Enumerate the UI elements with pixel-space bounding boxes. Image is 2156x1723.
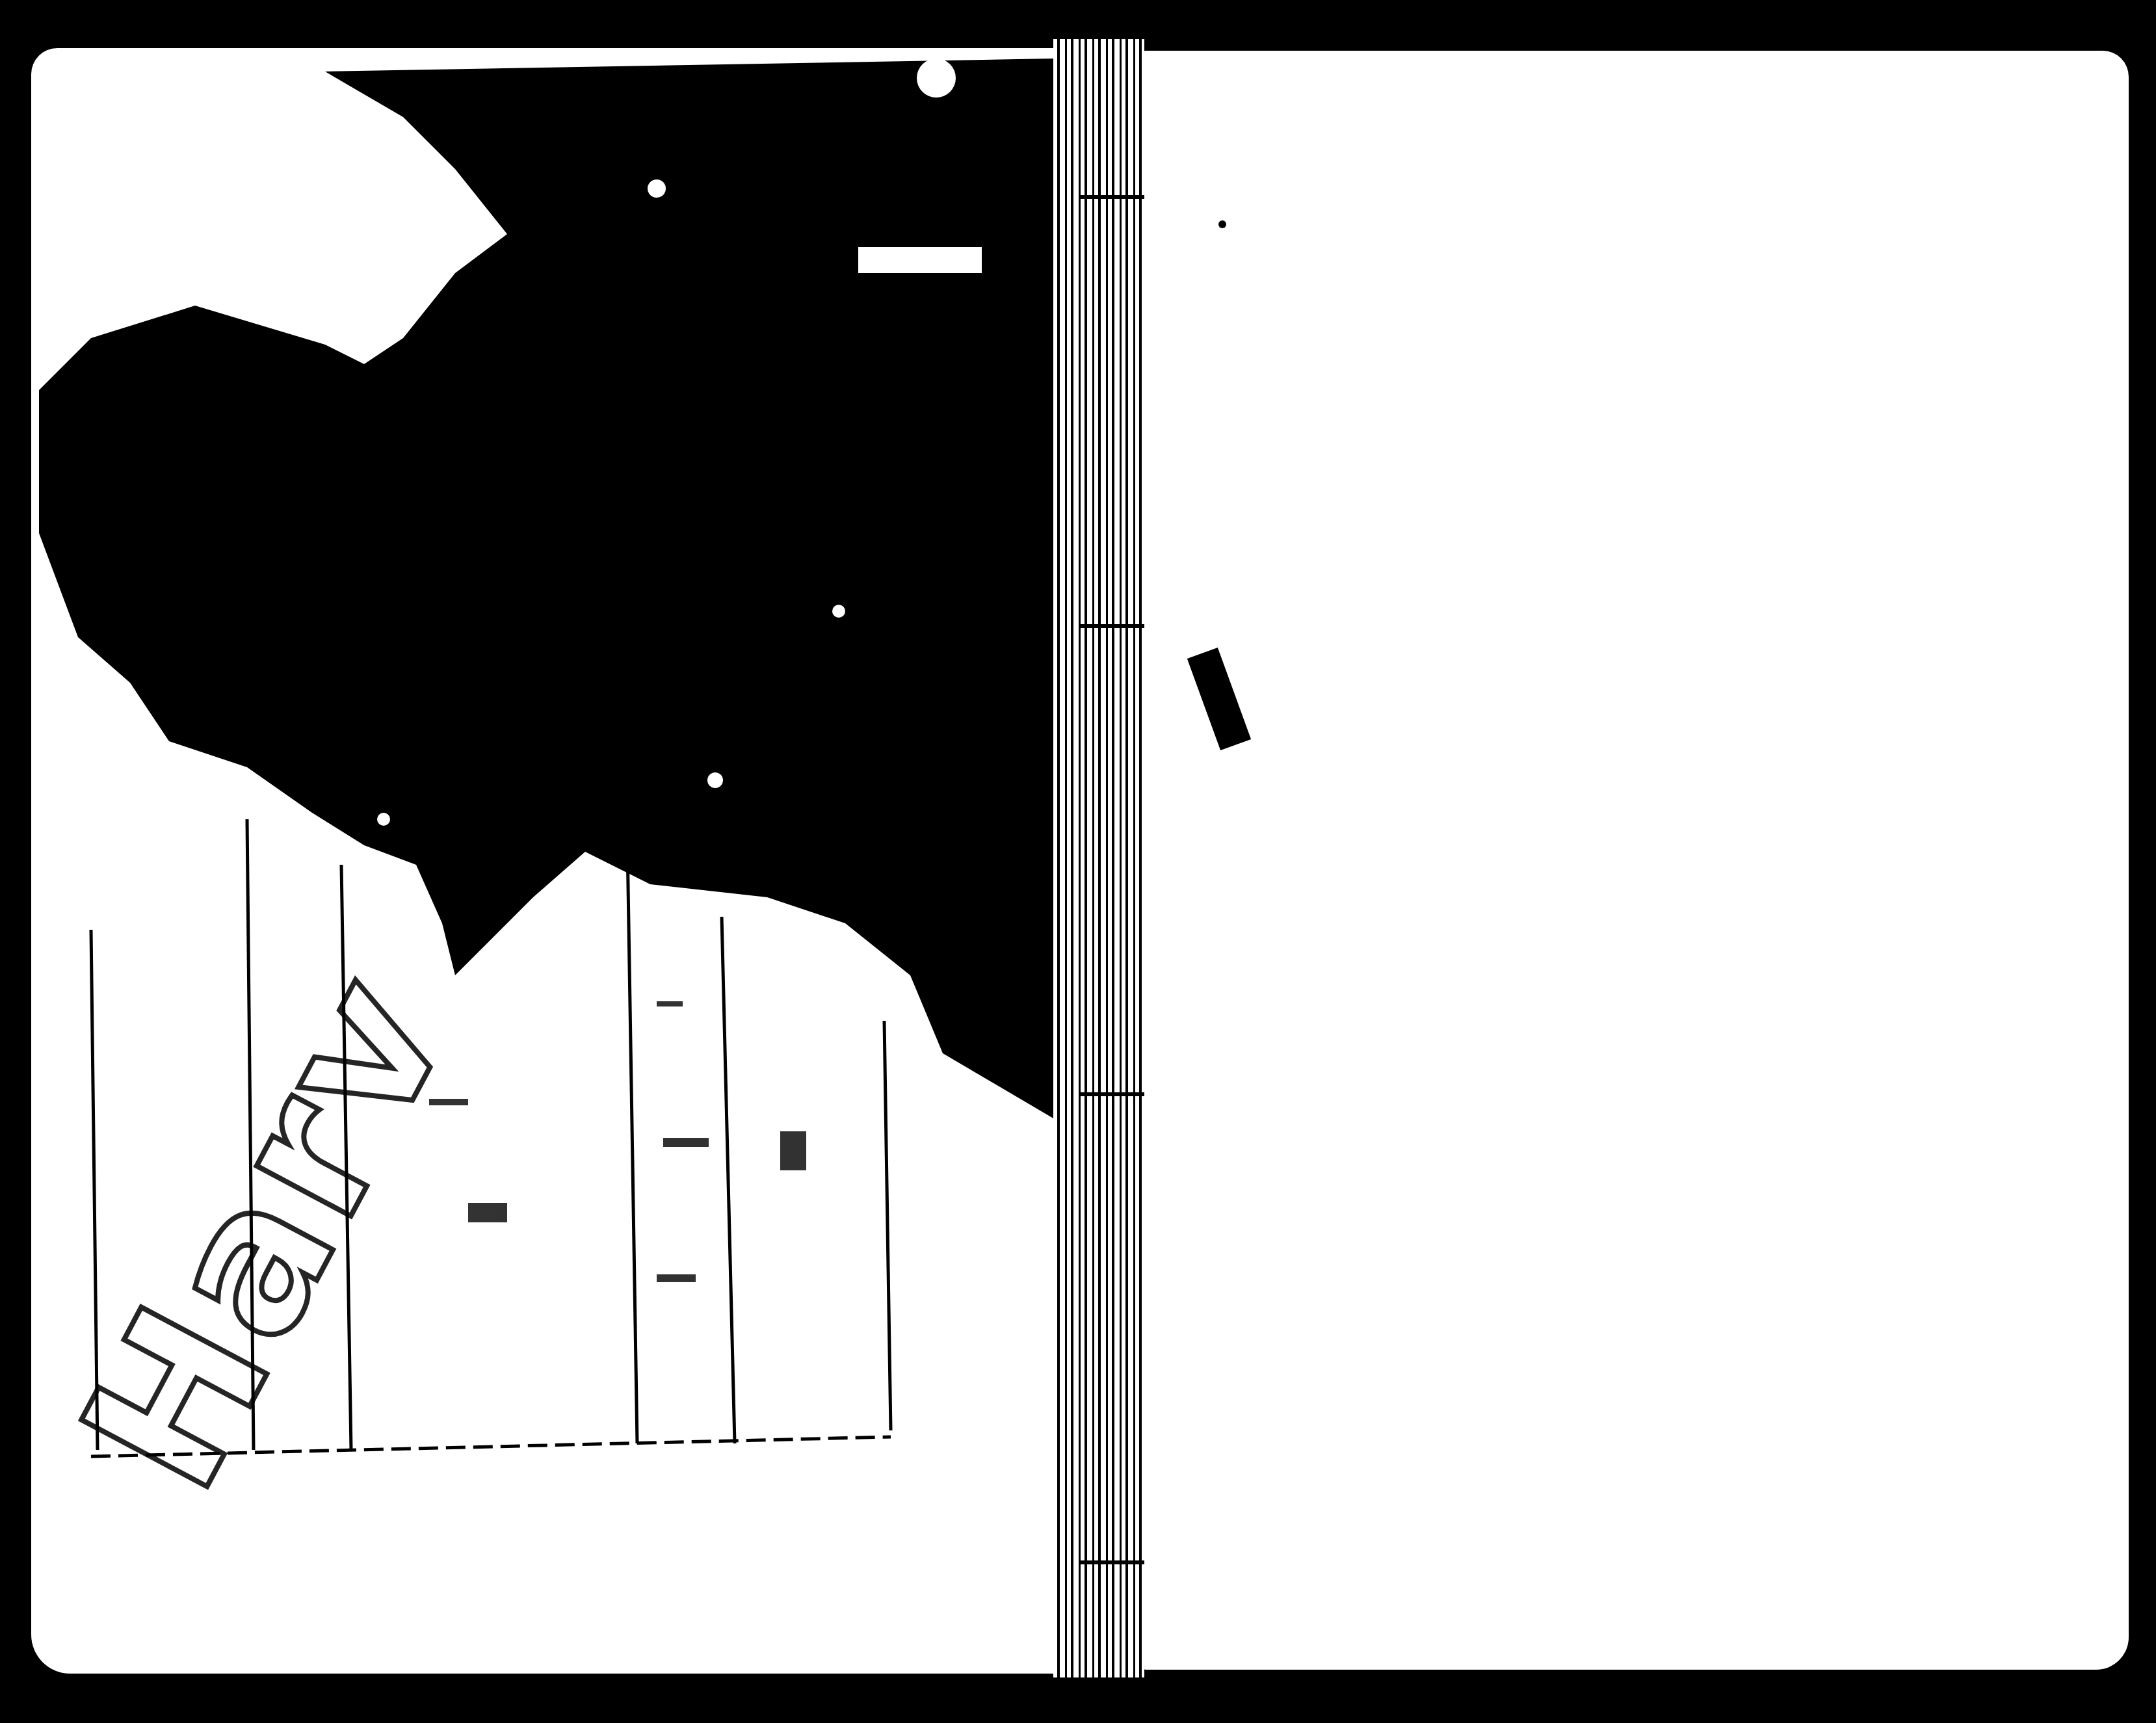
book-scan: Harv bbox=[0, 0, 2156, 1723]
stain-shape bbox=[39, 59, 1053, 1118]
stain-and-rules bbox=[0, 0, 2156, 1723]
